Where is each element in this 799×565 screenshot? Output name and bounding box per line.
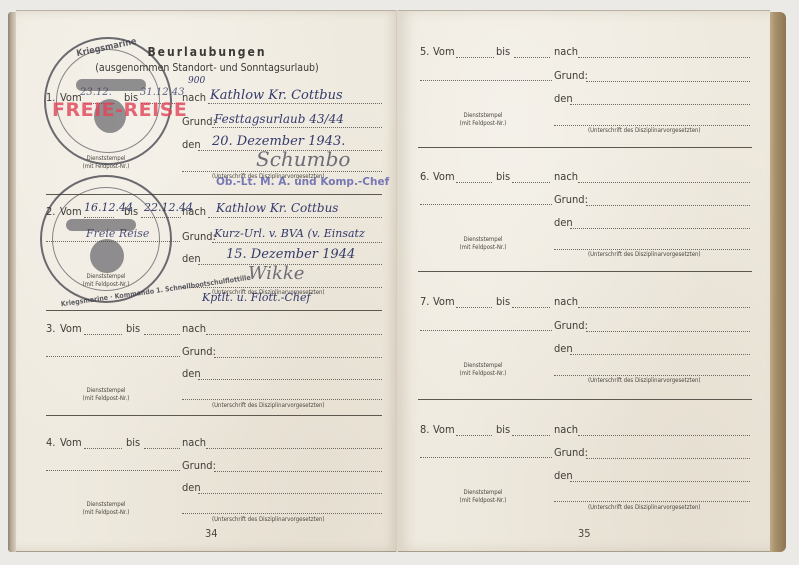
nach-superscript: 900 <box>188 76 205 86</box>
signature-field[interactable] <box>554 501 750 502</box>
entry-divider <box>418 271 752 272</box>
signature-field[interactable] <box>182 171 382 172</box>
nach-field[interactable] <box>208 217 382 218</box>
signature-field[interactable] <box>554 125 750 126</box>
grund-label: Grund: <box>182 459 216 472</box>
service-stamp-label: Dienststempel (mit Feldpost-Nr.) <box>438 489 528 505</box>
signature-caption: (Unterschrift des Disziplinarvorgesetzte… <box>588 127 701 134</box>
left-page-stack-edge <box>8 12 16 552</box>
den-value: 15. Dezember 1944 <box>226 247 355 262</box>
wreath-emblem-icon <box>90 239 124 273</box>
den-field[interactable] <box>570 228 750 229</box>
bis-field[interactable] <box>512 182 550 183</box>
signature-value: Schumbo <box>256 147 350 171</box>
grund-field[interactable] <box>586 81 750 82</box>
rank-stamp: Ob.-Lt. M. A. und Komp.-Chef <box>216 176 389 188</box>
entry-divider <box>46 415 382 416</box>
grund-field[interactable] <box>212 242 382 243</box>
vom-label: Vom <box>433 295 455 308</box>
grund-field[interactable] <box>586 331 750 332</box>
vom-field[interactable] <box>84 334 122 335</box>
grund-field[interactable] <box>214 357 382 358</box>
eagle-emblem-icon <box>76 79 146 91</box>
vom-label: Vom <box>60 322 82 335</box>
left-margin-field[interactable] <box>420 330 552 331</box>
nach-field[interactable] <box>578 57 750 58</box>
den-field[interactable] <box>198 379 382 380</box>
signature-caption: (Unterschrift des Disziplinarvorgesetzte… <box>588 251 701 258</box>
grund-field[interactable] <box>586 205 750 206</box>
page-number: 35 <box>578 527 591 540</box>
right-page-stack-edge <box>768 12 786 552</box>
den-field[interactable] <box>570 104 750 105</box>
grund-label: Grund: <box>554 319 588 332</box>
entry-number: 4. <box>46 436 55 449</box>
leave-entry-5: 5. Vom bis nach Grund: den (Unterschrift… <box>398 41 770 166</box>
signature-field[interactable] <box>182 399 382 400</box>
bis-field[interactable] <box>514 57 550 58</box>
vom-label: Vom <box>433 45 455 58</box>
leave-entry-8: 8. Vom bis nach Grund: den (Unterschrift… <box>398 419 770 544</box>
service-stamp-label: Dienststempel (mit Feldpost-Nr.) <box>438 362 528 378</box>
right-page: 5. Vom bis nach Grund: den (Unterschrift… <box>398 10 770 552</box>
nach-field[interactable] <box>578 307 750 308</box>
eagle-emblem-icon <box>66 219 136 231</box>
grund-field[interactable] <box>214 471 382 472</box>
vom-field[interactable] <box>84 448 122 449</box>
entry-divider <box>418 399 752 400</box>
vom-field[interactable] <box>456 435 492 436</box>
service-stamp-label: Dienststempel (mit Feldpost-Nr.) <box>61 387 151 403</box>
bis-field[interactable] <box>512 435 550 436</box>
bis-label: bis <box>496 45 510 58</box>
grund-label: Grund: <box>182 345 216 358</box>
den-field[interactable] <box>570 354 750 355</box>
nach-field[interactable] <box>206 448 382 449</box>
vom-field[interactable] <box>456 182 492 183</box>
bis-label: bis <box>126 322 140 335</box>
nach-label: nach <box>554 170 578 183</box>
nach-value: Kathlow Kr. Cottbus <box>216 201 338 215</box>
bis-label: bis <box>496 170 510 183</box>
nach-label: nach <box>554 423 578 436</box>
nach-label: nach <box>182 436 206 449</box>
signature-title: Kptlt. u. Flott.-Chef <box>202 291 311 304</box>
leave-entry-3: 3. Vom bis nach Grund: den (Unterschrift… <box>16 311 398 436</box>
left-margin-field[interactable] <box>46 356 180 357</box>
service-stamp-label: Dienststempel (mit Feldpost-Nr.) <box>438 112 528 128</box>
leave-entry-6: 6. Vom bis nach Grund: den (Unterschrift… <box>398 167 770 292</box>
left-margin-field[interactable] <box>46 470 180 471</box>
left-page: Beurlaubungen (ausgenommen Standort- und… <box>16 10 398 552</box>
signature-field[interactable] <box>554 375 750 376</box>
bis-label: bis <box>496 423 510 436</box>
entry-number: 3. <box>46 322 55 335</box>
vom-label: Vom <box>433 423 455 436</box>
signature-caption: (Unterschrift des Disziplinarvorgesetzte… <box>212 402 325 409</box>
signature-caption: (Unterschrift des Disziplinarvorgesetzte… <box>588 504 701 511</box>
grund-label: Grund: <box>554 193 588 206</box>
entry-number: 8. <box>420 423 429 436</box>
nach-label: nach <box>182 322 206 335</box>
signature-field[interactable] <box>182 513 382 514</box>
nach-field[interactable] <box>206 334 382 335</box>
nach-label: nach <box>554 45 578 58</box>
nach-label: nach <box>554 295 578 308</box>
vom-label: Vom <box>433 170 455 183</box>
vom-label: Vom <box>60 436 82 449</box>
service-stamp-label: Dienststempel (mit Feldpost-Nr.) <box>438 236 528 252</box>
bis-label: bis <box>496 295 510 308</box>
grund-field[interactable] <box>212 127 382 128</box>
signature-field[interactable] <box>554 249 750 250</box>
entry-divider <box>418 147 752 148</box>
grund-value: Kurz-Url. v. BVA (v. Einsatz <box>214 227 365 240</box>
den-field[interactable] <box>570 481 750 482</box>
bis-field[interactable] <box>144 448 180 449</box>
service-stamp-label: Dienststempel (mit Feldpost-Nr.) <box>61 501 151 517</box>
entry-number: 7. <box>420 295 429 308</box>
round-service-stamp-2: Kriegsmarine · Kommando 1. Schnellbootsc… <box>40 175 172 303</box>
den-field[interactable] <box>198 493 382 494</box>
vom-field[interactable] <box>456 57 494 58</box>
left-margin-field[interactable] <box>420 204 552 205</box>
grund-label: Grund: <box>554 69 588 82</box>
signature-field[interactable] <box>182 287 382 288</box>
nach-field[interactable] <box>208 103 382 104</box>
grund-label: Grund: <box>554 446 588 459</box>
signature-value: Wikke <box>248 263 304 284</box>
left-margin-field[interactable] <box>420 80 552 81</box>
nach-value: Kathlow Kr. Cottbus <box>210 88 343 103</box>
grund-label: Grund: <box>182 230 216 243</box>
bis-field[interactable] <box>144 334 180 335</box>
leave-entry-7: 7. Vom bis nach Grund: den (Unterschrift… <box>398 291 770 416</box>
entry-number: 6. <box>420 170 429 183</box>
nach-field[interactable] <box>578 435 750 436</box>
entry-number: 5. <box>420 45 429 58</box>
grund-value: Festtagsurlaub 43/44 <box>214 112 344 126</box>
grund-field[interactable] <box>586 458 750 459</box>
nach-field[interactable] <box>578 182 750 183</box>
bis-field[interactable] <box>512 307 550 308</box>
signature-caption: (Unterschrift des Disziplinarvorgesetzte… <box>212 516 325 523</box>
vom-field[interactable] <box>456 307 492 308</box>
page-number: 34 <box>205 527 218 540</box>
signature-caption: (Unterschrift des Disziplinarvorgesetzte… <box>588 377 701 384</box>
bis-label: bis <box>126 436 140 449</box>
free-travel-stamp: FREIE-REISE <box>52 99 187 121</box>
left-margin-field[interactable] <box>420 457 552 458</box>
